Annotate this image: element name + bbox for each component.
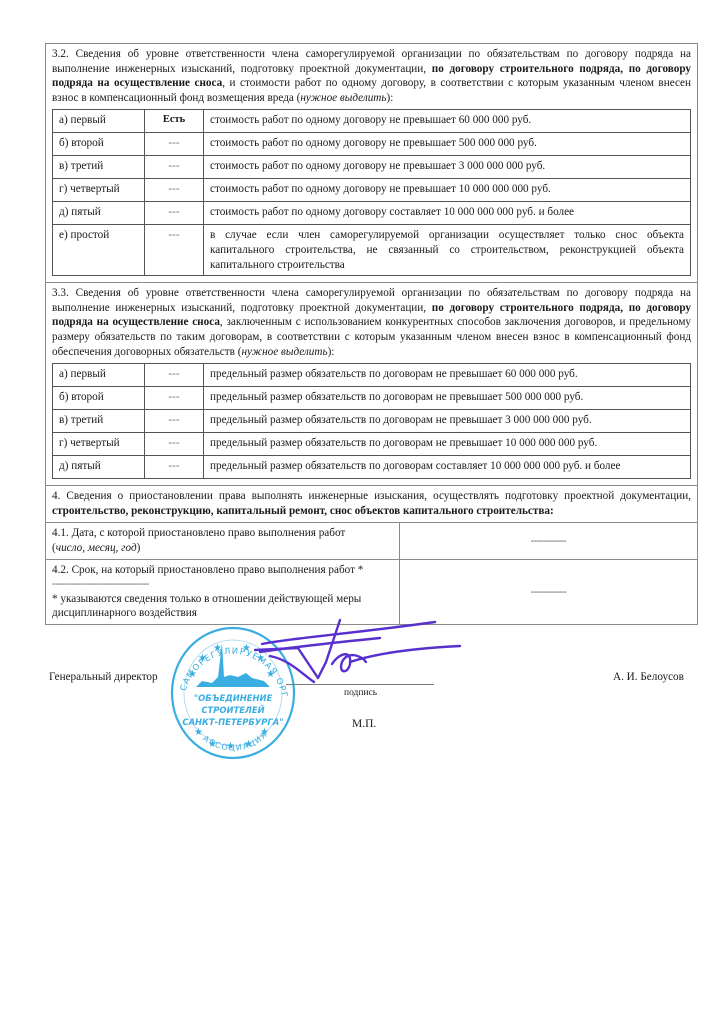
- table-row: г) четвертый---предельный размер обязате…: [53, 433, 691, 456]
- level-description: стоимость работ по одному договору не пр…: [204, 179, 691, 202]
- level-description: предельный размер обязательств по догово…: [204, 456, 691, 479]
- level-mark: Есть: [145, 110, 204, 133]
- level-label: а) первый: [53, 110, 145, 133]
- svg-text:★: ★: [188, 669, 197, 680]
- level-description: предельный размер обязательств по догово…: [204, 410, 691, 433]
- table-row: а) первый---предельный размер обязательс…: [53, 364, 691, 387]
- section-4: 4. Сведения о приостановлении права выпо…: [46, 486, 697, 523]
- signature-line: [286, 684, 434, 685]
- level-mark: ---: [145, 456, 204, 479]
- svg-text:★: ★: [208, 739, 217, 750]
- level-mark: ---: [145, 410, 204, 433]
- level-label: г) четвертый: [53, 433, 145, 456]
- row-4-2-value: -----------: [400, 560, 697, 624]
- level-label: в) третий: [53, 156, 145, 179]
- level-description: стоимость работ по одному договору не пр…: [204, 133, 691, 156]
- level-label: д) пятый: [53, 456, 145, 479]
- level-label: г) четвертый: [53, 179, 145, 202]
- table-row: б) второй---стоимость работ по одному до…: [53, 133, 691, 156]
- table-row: в) третий---стоимость работ по одному до…: [53, 156, 691, 179]
- level-description: предельный размер обязательств по догово…: [204, 364, 691, 387]
- level-mark: ---: [145, 156, 204, 179]
- section-3-2: 3.2. Сведения об уровне ответственности …: [46, 44, 697, 283]
- svg-text:САНКТ-ПЕТЕРБУРГА": САНКТ-ПЕТЕРБУРГА": [182, 717, 283, 727]
- table-row: б) второй---предельный размер обязательс…: [53, 387, 691, 410]
- section-3-3-text: 3.3. Сведения об уровне ответственности …: [52, 286, 691, 359]
- table-row: д) пятый---предельный размер обязательст…: [53, 456, 691, 479]
- row-4-2-label: 4.2. Срок, на который приостановлено пра…: [46, 560, 400, 624]
- level-label: а) первый: [53, 364, 145, 387]
- section-3-3: 3.3. Сведения об уровне ответственности …: [46, 283, 697, 486]
- level-label: б) второй: [53, 387, 145, 410]
- level-mark: ---: [145, 133, 204, 156]
- level-mark: ---: [145, 433, 204, 456]
- svg-text:★: ★: [198, 653, 207, 664]
- svg-text:★: ★: [260, 727, 269, 738]
- level-mark: ---: [145, 387, 204, 410]
- level-description: в случае если член саморегулируемой орга…: [204, 225, 691, 276]
- level-description: стоимость работ по одному договору соста…: [204, 202, 691, 225]
- level-description: стоимость работ по одному договору не пр…: [204, 156, 691, 179]
- level-label: е) простой: [53, 225, 145, 276]
- level-description: предельный размер обязательств по догово…: [204, 387, 691, 410]
- level-label: д) пятый: [53, 202, 145, 225]
- table-row: д) пятый---стоимость работ по одному дог…: [53, 202, 691, 225]
- level-mark: ---: [145, 225, 204, 276]
- level-label: б) второй: [53, 133, 145, 156]
- svg-text:★: ★: [226, 741, 235, 752]
- svg-text:СТРОИТЕЛЕЙ: СТРОИТЕЛЕЙ: [201, 704, 264, 715]
- section-4-text: 4. Сведения о приостановлении права выпо…: [52, 489, 691, 518]
- liability-table-3-3: а) первый---предельный размер обязательс…: [52, 363, 691, 479]
- signature-caption: подпись: [344, 688, 377, 698]
- svg-text:★: ★: [194, 727, 203, 738]
- seal-placeholder: М.П.: [352, 718, 376, 730]
- table-row: а) первыйЕстьстоимость работ по одному д…: [53, 110, 691, 133]
- liability-table-3-2: а) первыйЕстьстоимость работ по одному д…: [52, 109, 691, 276]
- signer-title: Генеральный директор: [49, 671, 158, 683]
- level-description: предельный размер обязательств по догово…: [204, 433, 691, 456]
- level-mark: ---: [145, 202, 204, 225]
- level-mark: ---: [145, 179, 204, 202]
- row-4-1-value: -----------: [400, 523, 697, 558]
- table-row: в) третий---предельный размер обязательс…: [53, 410, 691, 433]
- signer-name: А. И. Белоусов: [613, 671, 684, 683]
- svg-text:"ОБЪЕДИНЕНИЕ: "ОБЪЕДИНЕНИЕ: [194, 693, 273, 703]
- document-page: 3.2. Сведения об уровне ответственности …: [45, 43, 698, 625]
- level-label: в) третий: [53, 410, 145, 433]
- signature-block: Генеральный директор САМОРЕГУЛИРУЕМАЯ ОР…: [0, 616, 724, 766]
- footnote-separator: ------------------------------: [52, 578, 149, 590]
- svg-text:★: ★: [244, 739, 253, 750]
- table-row: г) четвертый---стоимость работ по одному…: [53, 179, 691, 202]
- row-4-1-label: 4.1. Дата, с которой приостановлено прав…: [46, 523, 400, 558]
- level-description: стоимость работ по одному договору не пр…: [204, 110, 691, 133]
- table-row: е) простой---в случае если член саморегу…: [53, 225, 691, 276]
- row-4-1: 4.1. Дата, с которой приостановлено прав…: [46, 523, 697, 559]
- svg-text:★: ★: [213, 643, 222, 654]
- handwritten-signature-icon: [230, 616, 490, 686]
- form-box: 3.2. Сведения об уровне ответственности …: [45, 43, 698, 625]
- section-3-2-text: 3.2. Сведения об уровне ответственности …: [52, 47, 691, 105]
- level-mark: ---: [145, 364, 204, 387]
